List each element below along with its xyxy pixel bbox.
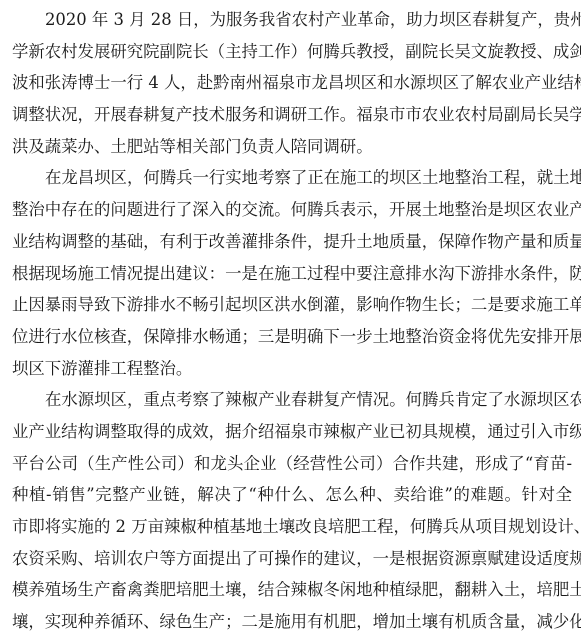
text-line: 止因暴雨导致下游排水不畅引起坝区洪水倒灌，影响作物生长；二是要求施工单 xyxy=(12,291,572,323)
text-line: 业产业结构调整取得的成效，据介绍福泉市辣椒产业已初具规模，通过引入市级 xyxy=(12,418,572,450)
text-line: 波和张涛博士一行 4 人，赴黔南州福泉市龙昌坝区和水源坝区了解农业产业结构 xyxy=(12,69,572,101)
text-line: 坝区下游灌排工程整治。 xyxy=(12,355,572,387)
text-line: 壤，实现种养循环、绿色生产；二是施用有机肥，增加土壤有机质含量，减少化 xyxy=(12,608,572,636)
text-line: 洪及蔬菜办、土肥站等相关部门负责人陪同调研。 xyxy=(12,133,572,165)
text-line: 在龙昌坝区，何腾兵一行实地考察了正在施工的坝区土地整治工程，就土地 xyxy=(12,164,572,196)
text-line: 种植-销售”完整产业链，解决了“种什么、怎么种、卖给谁”的难题。针对全 xyxy=(12,481,572,513)
text-line: 调整状况，开展春耕复产技术服务和调研工作。福泉市市农业农村局副局长吴学 xyxy=(12,101,572,133)
text-line: 学新农村发展研究院副院长（主持工作）何腾兵教授，副院长吴文旋教授、成剑 xyxy=(12,38,572,70)
paragraph-2: 在龙昌坝区，何腾兵一行实地考察了正在施工的坝区土地整治工程，就土地 整治中存在的… xyxy=(12,164,572,386)
text-line: 整治中存在的问题进行了深入的交流。何腾兵表示，开展土地整治是坝区农业产 xyxy=(12,196,572,228)
text-line: 2020 年 3 月 28 日，为服务我省农村产业革命，助力坝区春耕复产，贵州大 xyxy=(12,6,572,38)
article-body: 2020 年 3 月 28 日，为服务我省农村产业革命，助力坝区春耕复产，贵州大… xyxy=(12,6,572,636)
text-line: 模养殖场生产畜禽粪肥培肥土壤，结合辣椒冬闲地种植绿肥，翻耕入土，培肥土 xyxy=(12,576,572,608)
text-line: 在水源坝区，重点考察了辣椒产业春耕复产情况。何腾兵肯定了水源坝区农 xyxy=(12,386,572,418)
text-line: 市即将实施的 2 万亩辣椒种植基地土壤改良培肥工程，何腾兵从项目规划设计、 xyxy=(12,513,572,545)
paragraph-1: 2020 年 3 月 28 日，为服务我省农村产业革命，助力坝区春耕复产，贵州大… xyxy=(12,6,572,164)
text-line: 根据现场施工情况提出建议：一是在施工过程中要注意排水沟下游排水条件，防 xyxy=(12,260,572,292)
text-line: 农资采购、培训农户等方面提出了可操作的建议，一是根据资源禀赋建设适度规 xyxy=(12,545,572,577)
paragraph-3: 在水源坝区，重点考察了辣椒产业春耕复产情况。何腾兵肯定了水源坝区农 业产业结构调… xyxy=(12,386,572,636)
text-line: 平台公司（生产性公司）和龙头企业（经营性公司）合作共建，形成了“育苗- xyxy=(12,450,572,482)
text-line: 位进行水位核查，保障排水畅通；三是明确下一步土地整治资金将优先安排开展 xyxy=(12,323,572,355)
text-line: 业结构调整的基础，有利于改善灌排条件，提升土地质量，保障作物产量和质量。 xyxy=(12,228,572,260)
